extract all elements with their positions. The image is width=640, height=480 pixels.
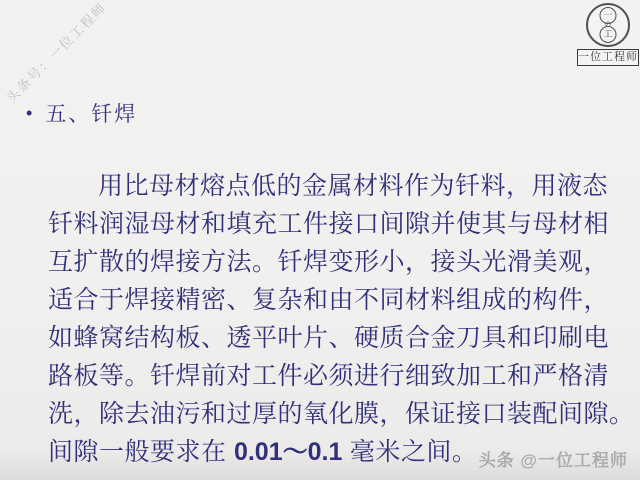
presentation-slide: 头条号：一位工程师 一 の 工 一位工程师 • 五、钎焊 用比母材熔点低的金属材… xyxy=(0,0,640,480)
slide-title: 五、钎焊 xyxy=(45,98,137,128)
paragraph-line: 用比母材熔点低的金属材料作为钎料，用液态 xyxy=(48,167,623,205)
last-line-pre: 间隙一般要求在 xyxy=(48,438,234,466)
engineer-logo: 一 の 工 一位工程师 xyxy=(577,3,639,66)
logo-label: 一位工程师 xyxy=(577,49,639,66)
paragraph-line: 钎料润湿母材和填充工件接口间隙并使其与母材相 xyxy=(48,205,623,243)
body-paragraph: 用比母材熔点低的金属材料作为钎料，用液态 钎料润湿母材和填充工件接口间隙并使其与… xyxy=(48,167,623,471)
last-line-post: 毫米之间。 xyxy=(350,438,478,466)
logo-circle-icon: 一 の 工 xyxy=(586,3,630,47)
logo-bottom-circle-glyph: 工 xyxy=(600,26,617,43)
paragraph-line: 适合于焊接精密、复杂和由不同材料组成的构件， xyxy=(48,281,623,319)
paragraph-line: 洗，除去油污和过厚的氧化膜，保证接口装配间隙。 xyxy=(48,395,623,433)
watermark-bottom-right: 头条 @一位工程师 xyxy=(479,446,628,471)
slide-title-row: • 五、钎焊 xyxy=(26,98,137,128)
paragraph-line: 如蜂窝结构板、透平叶片、硬质合金刀具和印刷电 xyxy=(48,319,623,357)
bullet-icon: • xyxy=(26,104,32,122)
paragraph-line: 路板等。钎焊前对工件必须进行细致加工和严格清 xyxy=(48,357,623,395)
paragraph-line: 互扩散的焊接方法。钎焊变形小，接头光滑美观， xyxy=(48,243,623,281)
gap-value: 0.01～0.1 xyxy=(234,438,342,466)
watermark-top-left: 头条号：一位工程师 xyxy=(1,0,110,106)
